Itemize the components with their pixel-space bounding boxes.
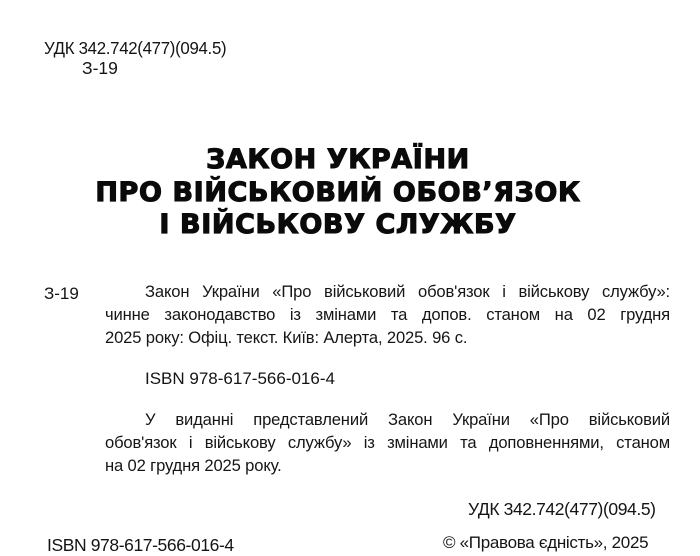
isbn-footer: ISBN 978-617-566-016-4 — [47, 534, 234, 556]
description-line: У виданні представлений Закон України «П… — [105, 408, 670, 431]
description-line: на 02 грудня 2025 року. — [105, 454, 670, 477]
edition-description: У виданні представлений Закон України «П… — [105, 408, 670, 477]
copyright-notice: © «Правова єдність», 2025 — [443, 532, 648, 554]
title-line-3: І ВІЙСЬКОВУ СЛУЖБУ — [0, 208, 676, 241]
bibliographic-line: чинне законодавство із змінами та допов.… — [105, 303, 670, 326]
isbn-entry: ISBN 978-617-566-016-4 — [145, 368, 335, 390]
bibliographic-line: 2025 року: Офіц. текст. Київ: Алерта, 20… — [105, 326, 670, 349]
catalog-code-entry: З-19 — [44, 282, 79, 305]
catalog-code-header: З-19 — [82, 57, 118, 79]
title-line-2: ПРО ВІЙСЬКОВИЙ ОБОВ’ЯЗОК — [0, 176, 676, 209]
udk-code-footer: УДК 342.742(477)(094.5) — [468, 498, 656, 520]
bibliographic-line: Закон України «Про військовий обов'язок … — [105, 280, 670, 303]
title-line-1: ЗАКОН УКРАЇНИ — [0, 143, 676, 176]
udk-code-header: УДК 342.742(477)(094.5) — [44, 37, 226, 59]
description-line: обов'язок і військову службу» із змінами… — [105, 431, 670, 454]
bibliographic-description: Закон України «Про військовий обов'язок … — [105, 280, 670, 349]
